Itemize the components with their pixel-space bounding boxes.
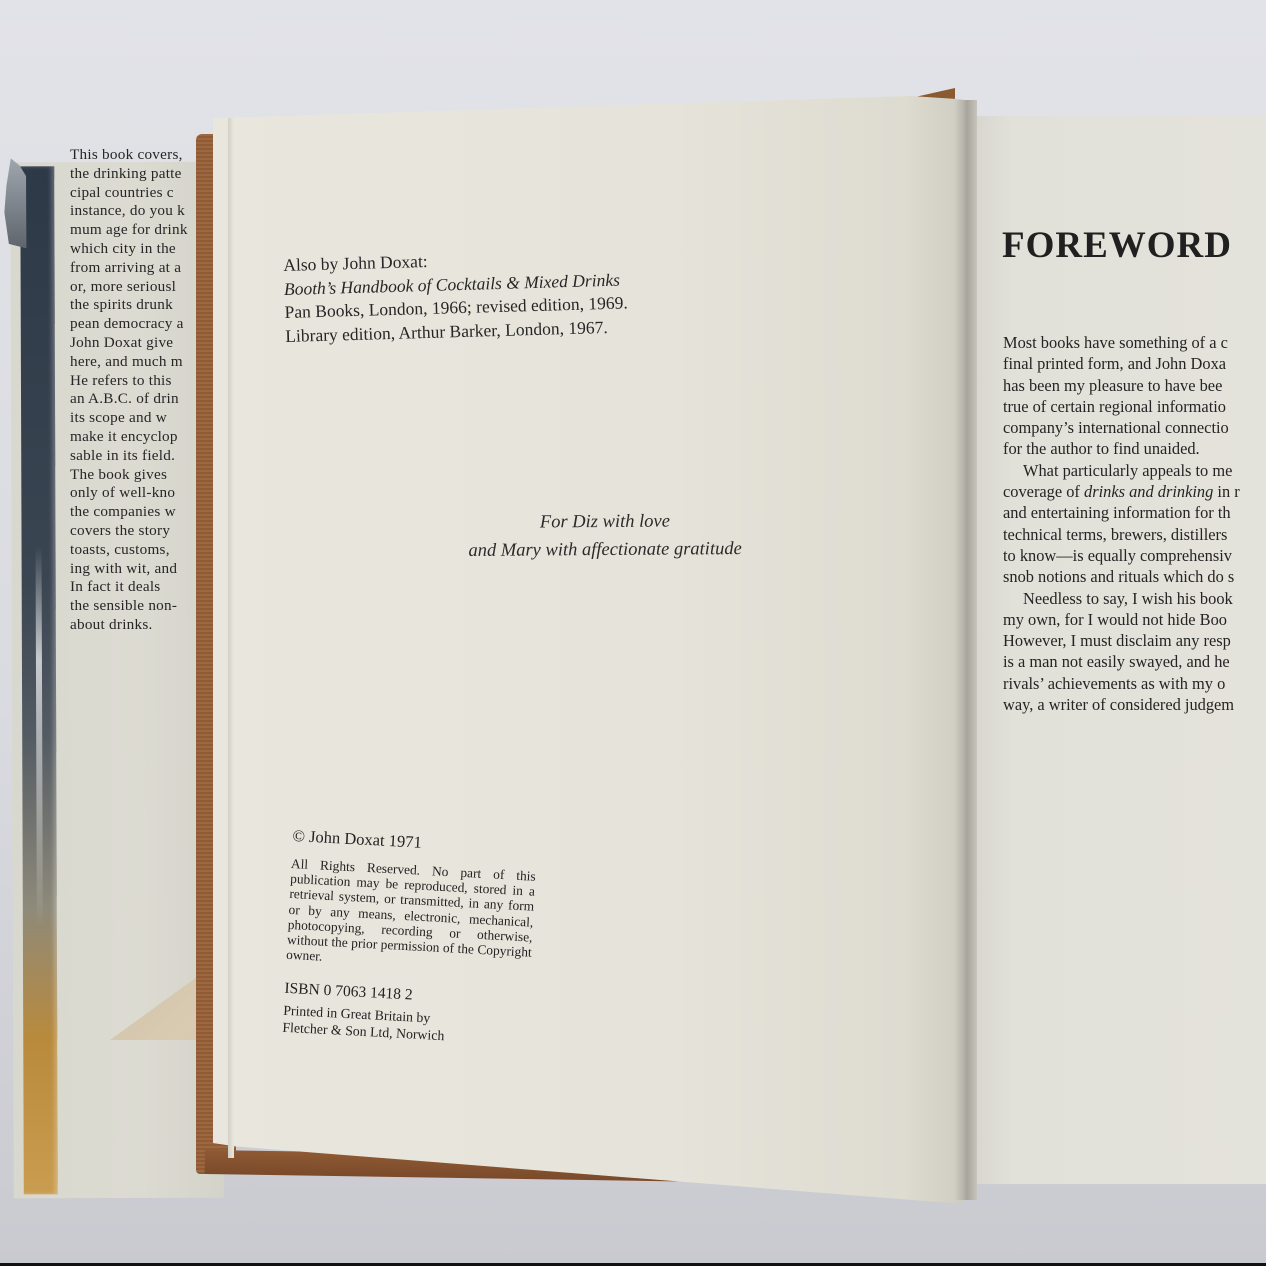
copyright-block: © John Doxat 1971 All Rights Reserved. N…	[282, 826, 538, 1049]
foreword-body: Most books have something of a c final p…	[1003, 332, 1266, 715]
foreword-line: way, a writer of considered judgem	[1003, 694, 1266, 715]
also-by-section: Also by John Doxat: Booth’s Handbook of …	[283, 244, 629, 348]
rights-statement: All Rights Reserved. No part of this pub…	[286, 856, 536, 975]
photo-scene: This book covers, the drinking patte cip…	[0, 0, 1266, 1266]
book-gutter	[955, 100, 977, 1200]
foreword-line: Needless to say, I wish his book	[1003, 588, 1266, 609]
foreword-line: for the author to find unaided.	[1003, 438, 1266, 459]
dedication-line-2: and Mary with affectionate gratitude	[420, 535, 790, 566]
foreword-line: snob notions and rituals which do s	[1003, 566, 1266, 587]
foreword-line: rivals’ achievements as with my o	[1003, 673, 1266, 694]
foreword-line: Most books have something of a c	[1003, 332, 1266, 353]
foreword-line: However, I must disclaim any resp	[1003, 630, 1266, 651]
foreword-line: company’s international connectio	[1003, 417, 1266, 438]
foreword-line: technical terms, brewers, distillers	[1003, 524, 1266, 545]
foreword-line: is a man not easily swayed, and he	[1003, 651, 1266, 672]
dedication-line-1: For Diz with love	[420, 507, 790, 538]
foreword-heading: FOREWORD	[1002, 224, 1232, 267]
foreword-line: final printed form, and John Doxa	[1003, 353, 1266, 374]
foreword-line: What particularly appeals to me	[1003, 460, 1266, 481]
jacket-spine	[20, 166, 58, 1194]
dedication: For Diz with love and Mary with affectio…	[420, 507, 790, 566]
torn-corner	[4, 158, 26, 248]
page-stack-edge	[228, 118, 234, 1158]
foreword-line: to know—is equally comprehensiv	[1003, 545, 1266, 566]
foreword-line: has been my pleasure to have bee	[1003, 375, 1266, 396]
foreword-line: and entertaining information for th	[1003, 502, 1266, 523]
foreword-line: my own, for I would not hide Boo	[1003, 609, 1266, 630]
foreword-line: coverage of drinks and drinking in r	[1003, 481, 1266, 502]
foreword-line: true of certain regional informatio	[1003, 396, 1266, 417]
